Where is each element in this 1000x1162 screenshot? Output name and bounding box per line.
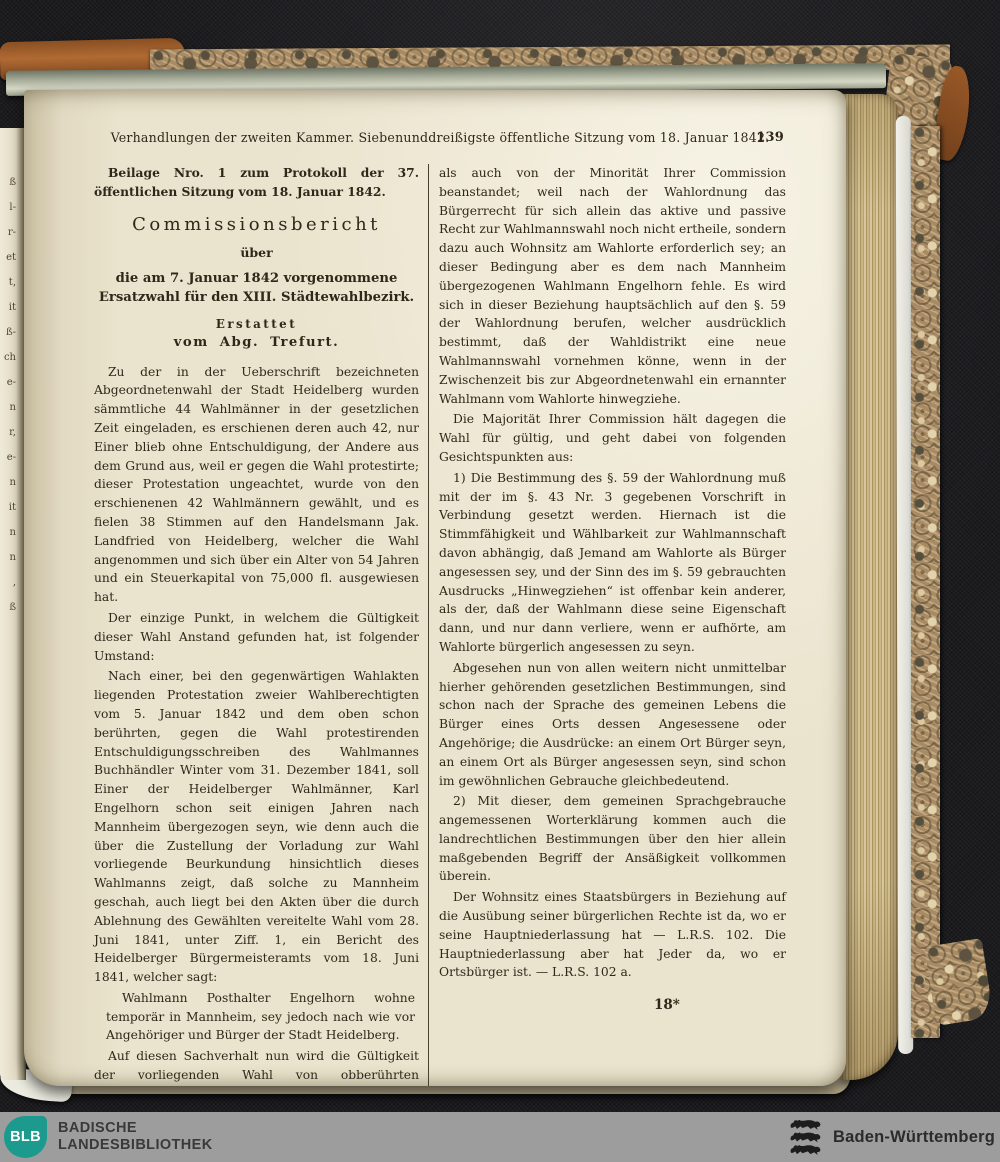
beilage-note: Beilage Nro. 1 zum Protokoll der 37. öff… [94,164,419,202]
book-page: Verhandlungen der zweiten Kammer. Sieben… [24,90,846,1086]
library-footer-bar: BLB BADISCHE LANDESBIBLIOTHEK Baden-Würt… [0,1112,1000,1162]
state-branding: Baden-Württemberg [788,1117,995,1157]
paragraph: Abgesehen nun von allen weitern nicht un… [439,659,786,791]
report-author: vom Abg. Trefurt. [94,335,419,350]
book-photo-background: ß l- r- et t, it ß- ch e- n r, e- n it n… [0,0,1000,1112]
left-column: Beilage Nro. 1 zum Protokoll der 37. öff… [94,164,429,1086]
coat-of-arms-icon [788,1117,824,1157]
report-title: Commissionsbericht [94,214,419,235]
page-block-fore-edge [840,94,898,1080]
report-erstattet: Erstattet [94,317,419,331]
paragraph: Der einzige Punkt, in welchem die Gültig… [94,609,419,665]
running-head: Verhandlungen der zweiten Kammer. Sieben… [94,130,786,149]
paragraph: Der Wohnsitz eines Staatsbürgers in Bezi… [439,888,786,982]
two-column-text: Beilage Nro. 1 zum Protokoll der 37. öff… [94,164,786,1086]
cutoff-line-endings: ß l- r- et t, it ß- ch e- n r, e- n it n… [1,170,16,620]
paragraph: als auch von der Minorität Ihrer Commiss… [439,164,786,408]
marbled-board-right-edge [911,126,940,1038]
library-name: BADISCHE LANDESBIBLIOTHEK [58,1120,213,1154]
report-subject: die am 7. Januar 1842 vorgenommene Ersat… [94,269,419,307]
signature-mark: 18* [654,997,786,1013]
paragraph: 1) Die Bestimmung des §. 59 der Wahlordn… [439,469,786,657]
facing-page-sliver: ß l- r- et t, it ß- ch e- n r, e- n it n… [0,128,26,1080]
report-subtitle-ueber: über [94,245,419,260]
paragraph: Nach einer, bei den gegenwärtigen Wahlak… [94,667,419,987]
blb-logo-text: BLB [10,1129,41,1145]
blb-logo: BLB [4,1116,47,1158]
library-name-line1: BADISCHE [58,1120,213,1137]
page-content: Verhandlungen der zweiten Kammer. Sieben… [94,130,786,1086]
running-title: Verhandlungen der zweiten Kammer. Sieben… [94,130,786,145]
library-name-line2: LANDESBIBLIOTHEK [58,1137,213,1154]
page-number: 139 [756,130,784,145]
state-name: Baden-Württemberg [833,1128,995,1147]
block-quote: Wahlmann Posthalter Engelhorn wohne temp… [106,989,415,1045]
right-column: als auch von der Minorität Ihrer Commiss… [429,164,786,1086]
paragraph: Auf diesen Sachverhalt nun wird die Gült… [94,1047,419,1086]
paragraph: Zu der in der Ueberschrift bezeichneten … [94,363,419,607]
paragraph: 2) Mit dieser, dem gemeinen Sprachgebrau… [439,792,786,886]
marbled-board-bottom-right-corner [924,938,994,1026]
paragraph: Die Majorität Ihrer Commission hält dage… [439,410,786,466]
